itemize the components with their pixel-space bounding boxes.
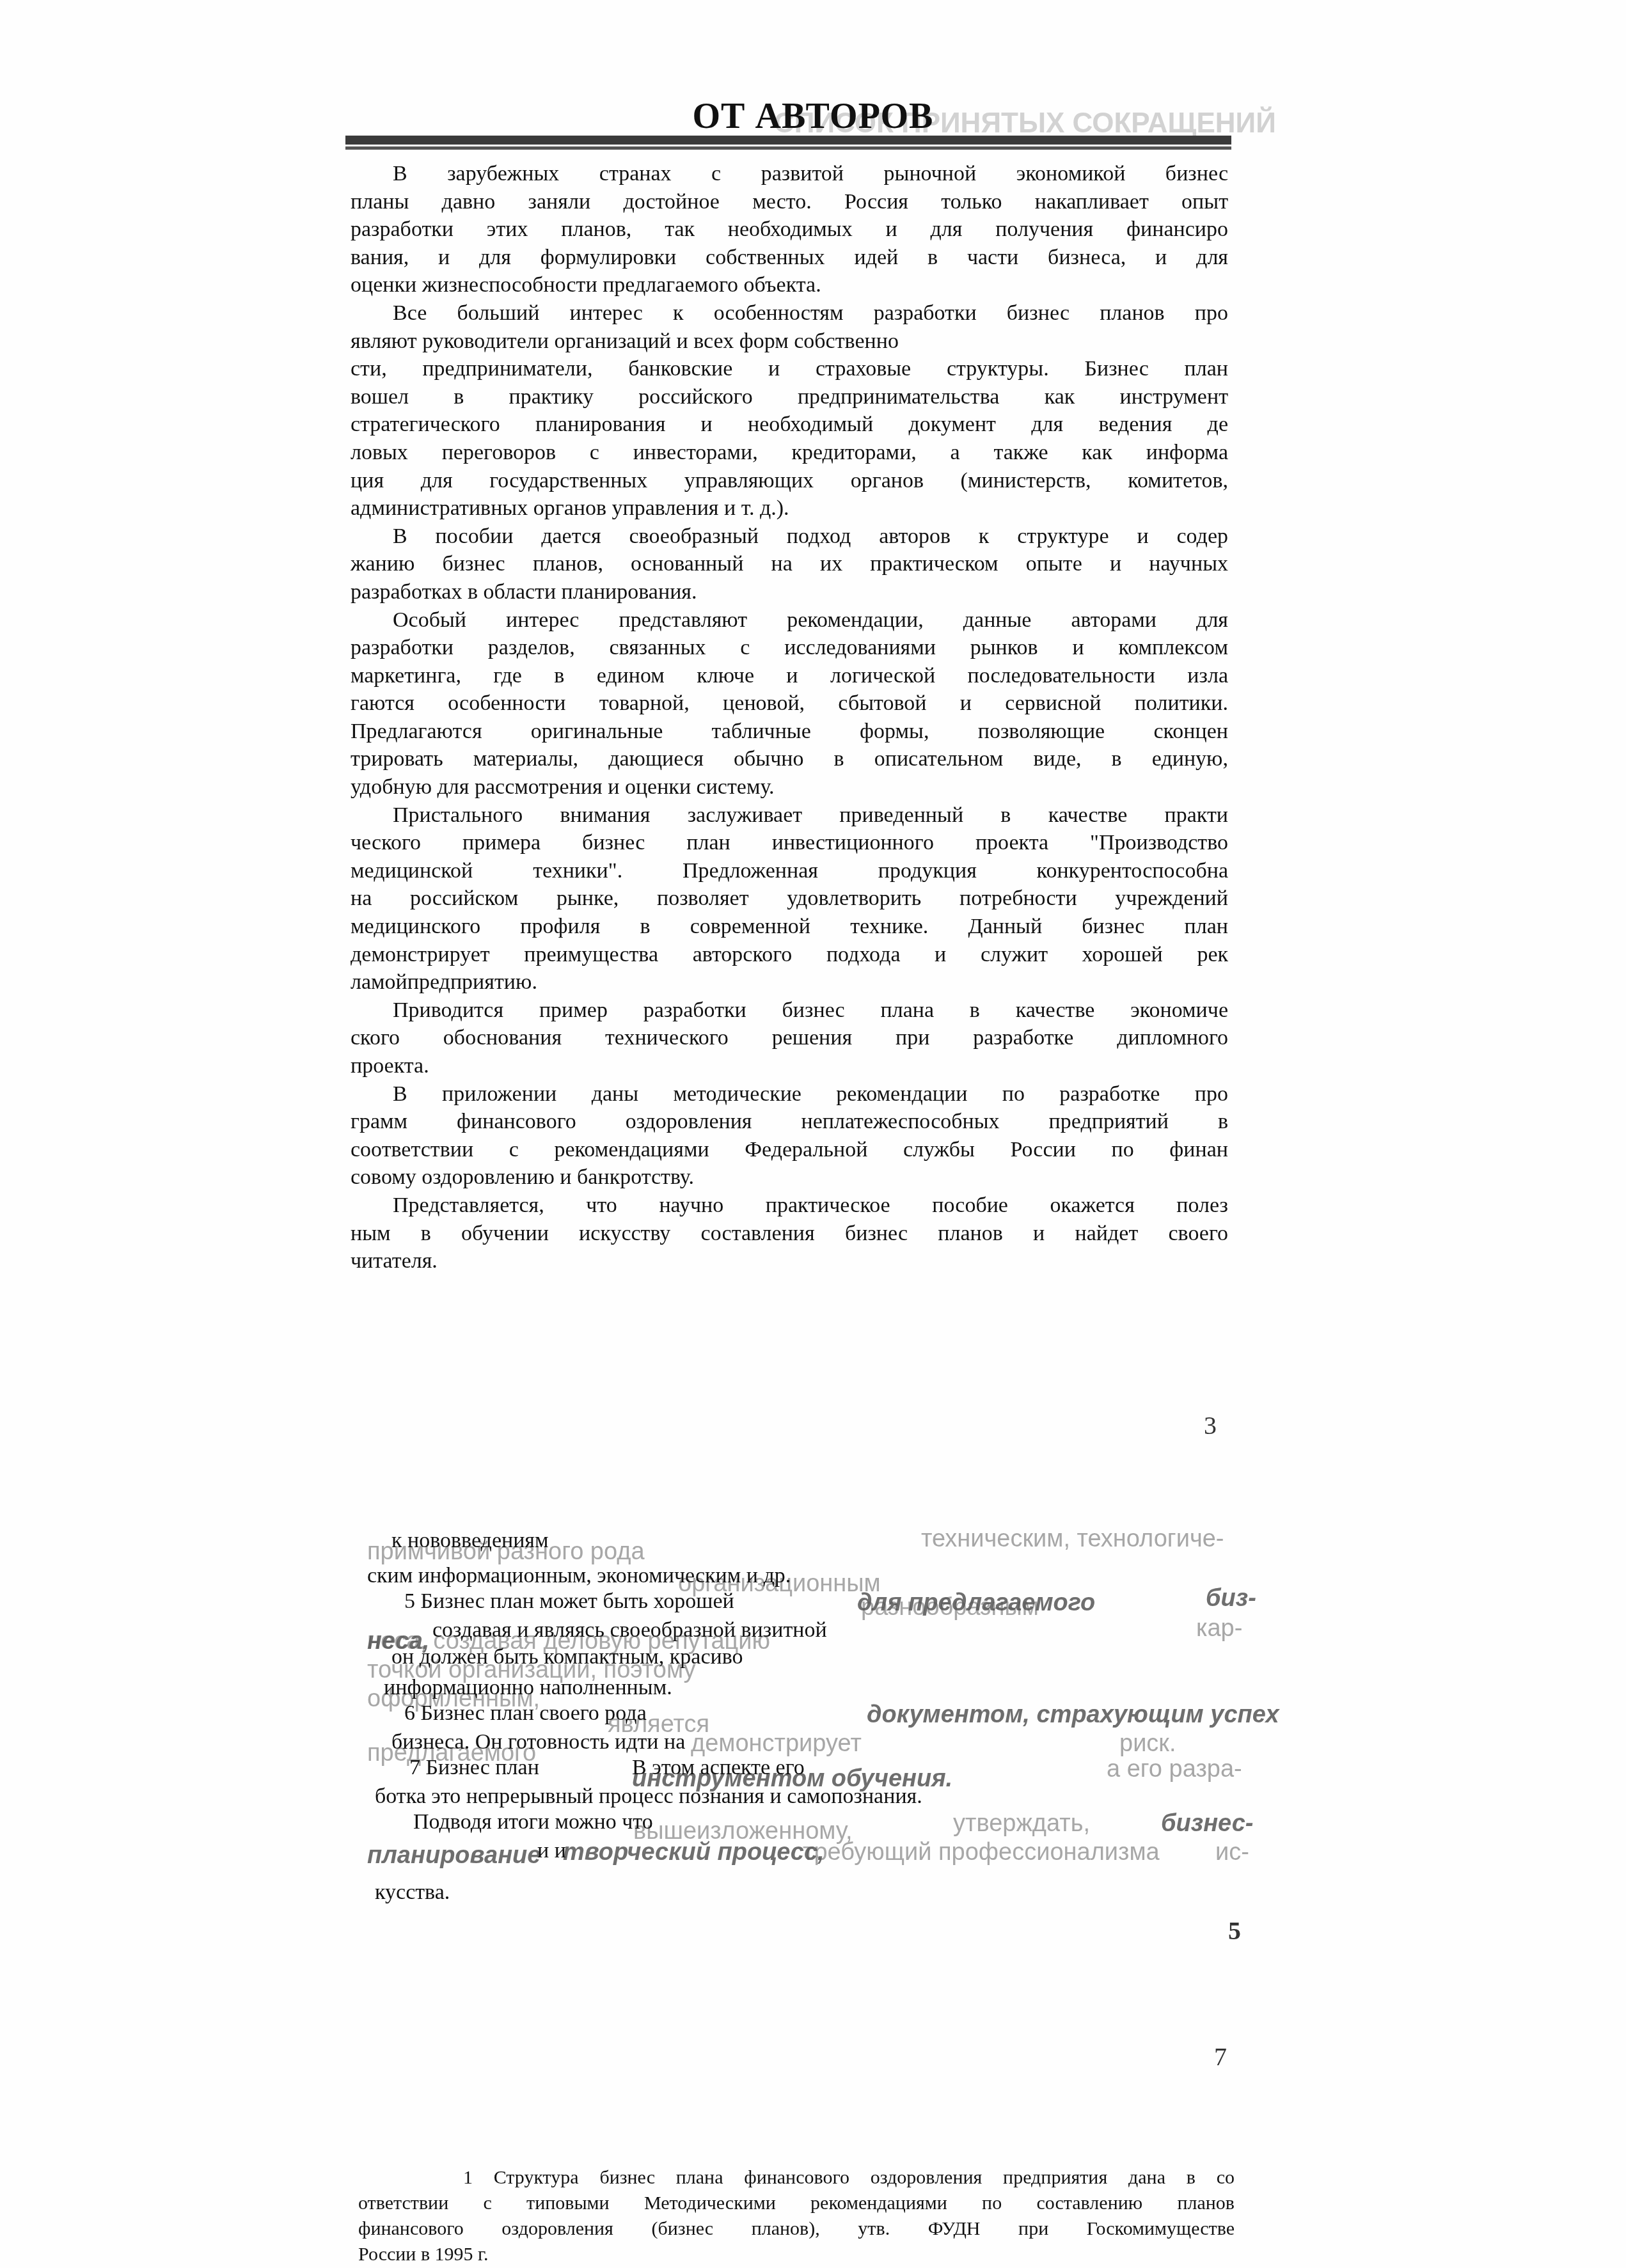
- body-line: ция для государственных управляющих орга…: [351, 467, 1228, 495]
- page-number-5: 5: [1228, 1916, 1241, 1946]
- body-line: удобную для рассмотрения и оценки систем…: [351, 773, 1228, 801]
- body-line: грамм финансового оздоровления неплатеже…: [351, 1108, 1228, 1136]
- overlay-text: создавая и являясь своеобразной визитной: [432, 1618, 827, 1642]
- body-line: Пристального внимания заслуживает привед…: [351, 801, 1228, 830]
- body-line: ламойпредприятию.: [351, 968, 1228, 996]
- body-line: В зарубежных странах с развитой рыночной…: [351, 160, 1228, 188]
- bleed-through-emphasis: творческий процесс,: [563, 1839, 825, 1866]
- footnote-line: ответствии с типовыми Методическими реко…: [358, 2191, 1235, 2216]
- bleed-through-text: а его разра-: [1107, 1756, 1242, 1783]
- body-line: жанию бизнес планов, основанный на их пр…: [351, 550, 1228, 578]
- bleed-through-emphasis: документом, страхующим успех: [867, 1701, 1279, 1729]
- bleed-through-text: требующий профессионализма: [803, 1839, 1160, 1866]
- body-line: вания, и для формулировки собственных ид…: [351, 244, 1228, 272]
- body-line: трировать материалы, дающиеся обычно в о…: [351, 745, 1228, 773]
- body-line: гаются особенности товарной, ценовой, сб…: [351, 689, 1228, 718]
- bleed-through-text: риск.: [1119, 1730, 1176, 1758]
- bleed-through-emphasis: для предлагаемого: [857, 1589, 1095, 1617]
- body-line: разработках в области планирования.: [351, 578, 1228, 606]
- body-line: стратегического планирования и необходим…: [351, 411, 1228, 439]
- body-line: медицинского профиля в современной техни…: [351, 913, 1228, 941]
- body-line: Приводится пример разработки бизнес план…: [351, 996, 1228, 1025]
- body-line: совому оздоровлению и банкротству.: [351, 1163, 1228, 1192]
- body-line: Представляется, что научно практическое …: [351, 1192, 1228, 1220]
- body-line: на российском рынке, позволяет удовлетво…: [351, 885, 1228, 913]
- overlay-text: В этом аспекте его: [632, 1756, 805, 1780]
- body-line: медицинской техники". Предложенная проду…: [351, 857, 1228, 885]
- bleed-through-text: кар-: [1196, 1615, 1242, 1642]
- body-line: разработки этих планов, так необходимых …: [351, 216, 1228, 244]
- bleed-through-emphasis: бизнес-: [1161, 1810, 1253, 1838]
- overlay-text: ботка это непрерывный процесс познания и…: [375, 1784, 922, 1809]
- title-rule-thin: [345, 146, 1231, 150]
- bleed-through-emphasis: биз-: [1206, 1585, 1256, 1612]
- overlay-text: 5 Бизнес план может быть хорошей: [404, 1589, 734, 1614]
- title-rule: [345, 136, 1231, 152]
- body-line: В пособии дается своеобразный подход авт…: [351, 523, 1228, 551]
- scanned-page: СПИСОК ПРИНЯТЫХ СОКРАЩЕНИЙ ОТ АВТОРОВ В …: [0, 0, 1626, 2268]
- overlay-text: ским информационным, экономическим и др.: [367, 1564, 791, 1588]
- page-number-7: 7: [1214, 2042, 1227, 2072]
- body-line: В приложении даны методические рекоменда…: [351, 1080, 1228, 1108]
- body-line: демонстрирует преимущества авторского по…: [351, 941, 1228, 969]
- page-title: ОТ АВТОРОВ: [0, 96, 1626, 137]
- body-line: разработки разделов, связанных с исследо…: [351, 634, 1228, 662]
- body-line: сти, предприниматели, банковские и страх…: [351, 355, 1228, 383]
- foreword-body: В зарубежных странах с развитой рыночной…: [351, 160, 1228, 1275]
- body-line: ловых переговоров с инвесторами, кредито…: [351, 439, 1228, 467]
- overlay-text: 7 Бизнес план: [409, 1756, 539, 1780]
- bleed-through-text: ис-: [1215, 1839, 1249, 1866]
- body-line: ского обоснования технического решения п…: [351, 1024, 1228, 1052]
- overlay-text: 6 Бизнес план своего рода: [404, 1701, 647, 1726]
- body-line: административных органов управления и т.…: [351, 494, 1228, 523]
- body-line: Все больший интерес к особенностям разра…: [351, 299, 1228, 327]
- overlay-text: он должен быть компактным, красиво: [391, 1645, 743, 1669]
- body-line: маркетинга, где в едином ключе и логичес…: [351, 662, 1228, 690]
- footnote-line: 1 Структура бизнес плана финансового озд…: [358, 2165, 1235, 2191]
- overlay-text: бизнеса. Он готовность идти на: [391, 1730, 685, 1754]
- footnote: 1 Структура бизнес плана финансового озд…: [358, 2165, 1235, 2267]
- body-line: планы давно заняли достойное место. Росс…: [351, 188, 1228, 216]
- body-line: ным в обучении искусству составления биз…: [351, 1220, 1228, 1248]
- footnote-line: финансового оздоровления (бизнес планов)…: [358, 2216, 1235, 2242]
- overlay-text: Подводя итоги можно что: [413, 1810, 653, 1834]
- body-line: являют руководители организаций и всех ф…: [351, 327, 1228, 356]
- body-line: проекта.: [351, 1052, 1228, 1080]
- footnote-line: России в 1995 г.: [358, 2242, 1235, 2267]
- bleed-through-text: техническим, технологиче-: [921, 1525, 1224, 1553]
- overlay-text: к нововведениям: [391, 1529, 549, 1553]
- bleed-through-text: демонстрирует: [691, 1730, 862, 1758]
- body-line: Предлагаются оригинальные табличные форм…: [351, 718, 1228, 746]
- page-number-3: 3: [1204, 1410, 1217, 1440]
- overlay-text: и и: [537, 1839, 566, 1863]
- bleed-through-emphasis: планирование: [367, 1842, 541, 1870]
- title-rule-thick: [345, 136, 1231, 145]
- bleed-through-text: утверждать,: [953, 1810, 1090, 1838]
- body-line: соответствии с рекомендациями Федерально…: [351, 1136, 1228, 1164]
- body-line: вошел в практику российского предпринима…: [351, 383, 1228, 411]
- overlay-text: информационно наполненным.: [384, 1676, 672, 1700]
- body-line: оценки жизнеспособности предлагаемого об…: [351, 271, 1228, 299]
- body-line: ческого примера бизнес план инвестиционн…: [351, 829, 1228, 857]
- body-line: читателя.: [351, 1247, 1228, 1275]
- body-line: Особый интерес представляют рекомендации…: [351, 606, 1228, 634]
- overlay-text: кусства.: [375, 1880, 450, 1905]
